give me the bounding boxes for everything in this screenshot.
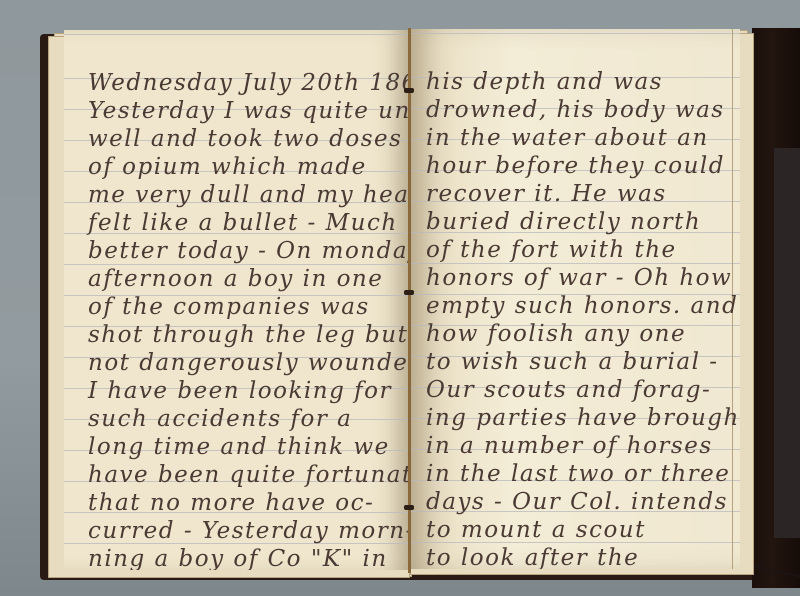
- text-line: to mount a scout: [426, 515, 646, 545]
- book-cover-right: [752, 28, 800, 588]
- text-line: Our scouts and forag-: [426, 375, 711, 405]
- text-line: drowned, his body was: [426, 95, 725, 125]
- text-line: afternoon a boy in one: [88, 264, 383, 294]
- cover-inner-panel: [774, 148, 800, 538]
- text-line: of opium which made: [88, 152, 367, 182]
- text-line: of the companies was: [88, 292, 370, 322]
- text-line: long time and think we: [88, 432, 390, 462]
- text-line: I have been looking for: [88, 376, 392, 406]
- text-line: honors of war - Oh how: [426, 263, 732, 293]
- text-line: such accidents for a: [88, 404, 352, 434]
- text-line: in the last two or three: [426, 459, 730, 489]
- text-line: buried directly north: [426, 207, 701, 237]
- diary-heading: Wednesday July 20th 1864: [88, 68, 409, 98]
- text-line: me very dull and my head: [88, 180, 409, 210]
- text-line: curred - Yesterday morn-: [88, 516, 409, 546]
- text-line: his depth and was: [426, 67, 663, 97]
- book-gutter: [408, 28, 411, 573]
- text-line: well and took two doses: [88, 124, 402, 154]
- text-line: felt like a bullet - Much: [88, 208, 398, 238]
- text-line: ing parties have brought: [426, 403, 740, 433]
- text-line: better today - On monday: [88, 236, 409, 266]
- text-line: Yesterday I was quite un-: [88, 96, 409, 126]
- text-line: shot through the leg but: [88, 320, 408, 350]
- right-page: his depth and was drowned, his body was …: [410, 29, 740, 569]
- text-line: to look after the: [426, 543, 639, 569]
- binding-stitch: [404, 290, 414, 295]
- text-line: ning a boy of Co "K" in: [88, 544, 388, 570]
- text-line: not dangerously wounded: [88, 348, 409, 378]
- text-line: of the fort with the: [426, 235, 677, 265]
- text-line: to wish such a burial -: [426, 347, 719, 377]
- binding-stitch: [404, 88, 414, 93]
- text-line: recover it. He was: [426, 179, 667, 209]
- left-page: Wednesday July 20th 1864 Yesterday I was…: [64, 30, 409, 570]
- text-line: in a number of horses: [426, 431, 713, 461]
- text-line: that no more have oc-: [88, 488, 374, 518]
- text-line: empty such honors. and: [426, 291, 738, 321]
- binding-stitch: [404, 505, 414, 510]
- text-line: have been quite fortunate: [88, 460, 409, 490]
- text-line: in the water about an: [426, 123, 709, 153]
- text-line: how foolish any one: [426, 319, 686, 349]
- text-line: hour before they could: [426, 151, 725, 181]
- text-line: days - Our Col. intends: [426, 487, 728, 517]
